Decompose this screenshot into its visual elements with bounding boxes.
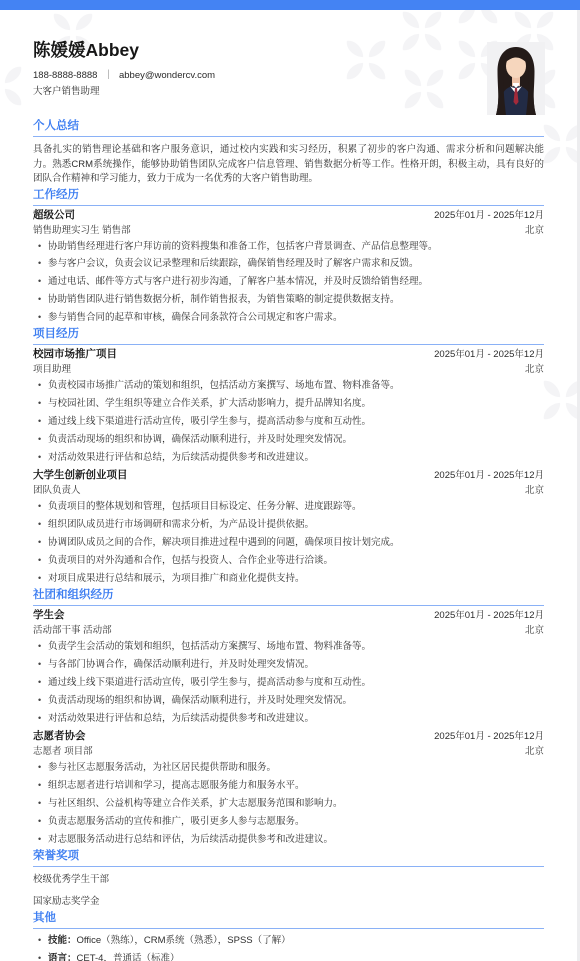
organization-role: 志愿者 项目部 <box>33 745 93 758</box>
section-honors: 荣誉奖项 校级优秀学生干部 国家励志奖学金 <box>33 850 544 910</box>
section-title-projects: 项目经历 <box>33 328 544 345</box>
bullet-item: 对活动效果进行评估和总结，为后续活动提供参考和改进建议。 <box>38 449 544 467</box>
section-projects: 项目经历 校园市场推广项目 2025年01月 - 2025年12月 项目助理 北… <box>33 328 544 587</box>
project-entry: 大学生创新创业项目 2025年01月 - 2025年12月 团队负责人 北京 负… <box>33 469 544 587</box>
organization-role: 活动部干事 活动部 <box>33 624 112 637</box>
skill-item: 技能：Office（熟练），CRM系统（熟悉），SPSS（了解） <box>38 932 544 950</box>
bullet-item: 参与社区志愿服务活动，为社区居民提供帮助和服务。 <box>38 759 544 777</box>
project-role: 项目助理 <box>33 363 71 376</box>
resume-header: 陈媛媛Abbey 188-8888-8888｜abbey@wondercv.co… <box>33 10 544 98</box>
section-organizations: 社团和组织经历 学生会 2025年01月 - 2025年12月 活动部干事 活动… <box>33 589 544 848</box>
date-range: 2025年01月 - 2025年12月 <box>434 730 544 743</box>
location: 北京 <box>525 484 544 497</box>
skill-text: Office（熟练），CRM系统（熟悉），SPSS（了解） <box>77 935 291 946</box>
language-label: 语言： <box>48 953 77 961</box>
bullet-item: 与各部门协调合作，确保活动顺利进行，并及时处理突发情况。 <box>38 656 544 674</box>
bullet-item: 参与销售合同的起草和审核，确保合同条款符合公司规定和客户需求。 <box>38 309 544 327</box>
section-title-organizations: 社团和组织经历 <box>33 589 544 606</box>
organization-name: 志愿者协会 <box>33 730 86 743</box>
section-title-work: 工作经历 <box>33 189 544 206</box>
work-entry: 超级公司 2025年01月 - 2025年12月 销售助理实习生 销售部 北京 … <box>33 209 544 327</box>
bullet-item: 负责志愿服务活动的宣传和推广，吸引更多人参与志愿服务。 <box>38 813 544 831</box>
bullet-item: 通过线上线下渠道进行活动宣传，吸引学生参与，提高活动参与度和互动性。 <box>38 413 544 431</box>
bullet-item: 负责项目的整体规划和管理，包括项目目标设定、任务分解、进度跟踪等。 <box>38 498 544 516</box>
section-title-summary: 个人总结 <box>33 120 544 137</box>
language-item: 语言：CET-4，普通话（标准） <box>38 950 544 961</box>
bullet-item: 负责活动现场的组织和协调，确保活动顺利进行，并及时处理突发情况。 <box>38 431 544 449</box>
bullet-item: 通过线上线下渠道进行活动宣传，吸引学生参与，提高活动参与度和互动性。 <box>38 674 544 692</box>
bullet-list: 参与社区志愿服务活动，为社区居民提供帮助和服务。 组织志愿者进行培训和学习，提高… <box>33 759 544 848</box>
job-title: 大客户销售助理 <box>33 85 544 98</box>
section-work: 工作经历 超级公司 2025年01月 - 2025年12月 销售助理实习生 销售… <box>33 189 544 327</box>
contact-separator: ｜ <box>103 70 113 81</box>
location: 北京 <box>525 745 544 758</box>
location: 北京 <box>525 224 544 237</box>
bullet-item: 组织志愿者进行培训和学习，提高志愿服务能力和服务水平。 <box>38 777 544 795</box>
language-text: CET-4，普通话（标准） <box>77 953 180 961</box>
bullet-list: 负责项目的整体规划和管理，包括项目目标设定、任务分解、进度跟踪等。 组织团队成员… <box>33 498 544 587</box>
bullet-item: 对志愿服务活动进行总结和评估，为后续活动提供参考和改进建议。 <box>38 831 544 849</box>
bullet-item: 负责活动现场的组织和协调，确保活动顺利进行，并及时处理突发情况。 <box>38 692 544 710</box>
bullet-item: 负责校园市场推广活动的策划和组织，包括活动方案撰写、场地布置、物料准备等。 <box>38 377 544 395</box>
bullet-item: 与校园社团、学生组织等建立合作关系，扩大活动影响力，提升品牌知名度。 <box>38 395 544 413</box>
bullet-item: 对项目成果进行总结和展示，为项目推广和商业化提供支持。 <box>38 570 544 588</box>
email-address: abbey@wondercv.com <box>119 70 215 81</box>
date-range: 2025年01月 - 2025年12月 <box>434 609 544 622</box>
bullet-list: 技能：Office（熟练），CRM系统（熟悉），SPSS（了解） 语言：CET-… <box>33 932 544 961</box>
phone-number: 188-8888-8888 <box>33 70 97 81</box>
date-range: 2025年01月 - 2025年12月 <box>434 469 544 482</box>
applicant-name: 陈媛媛Abbey <box>33 39 544 61</box>
bullet-item: 与社区组织、公益机构等建立合作关系，扩大志愿服务范围和影响力。 <box>38 795 544 813</box>
bullet-item: 协助销售经理进行客户拜访前的资料搜集和准备工作，包括客户背景调查、产品信息整理等… <box>38 238 544 256</box>
summary-text: 具备扎实的销售理论基础和客户服务意识，通过校内实践和实习经历，积累了初步的客户沟… <box>33 143 544 187</box>
contact-line: 188-8888-8888｜abbey@wondercv.com <box>33 69 544 82</box>
location: 北京 <box>525 363 544 376</box>
location: 北京 <box>525 624 544 637</box>
company-name: 超级公司 <box>33 209 75 222</box>
bullet-item: 参与客户会议，负责会议记录整理和后续跟踪，确保销售经理及时了解客户需求和反馈。 <box>38 255 544 273</box>
resume-page: 陈媛媛Abbey 188-8888-8888｜abbey@wondercv.co… <box>0 0 580 961</box>
honor-item: 国家励志奖学金 <box>33 894 544 911</box>
organization-entry: 志愿者协会 2025年01月 - 2025年12月 志愿者 项目部 北京 参与社… <box>33 730 544 848</box>
organization-name: 学生会 <box>33 609 65 622</box>
bullet-list: 负责学生会活动的策划和组织，包括活动方案撰写、场地布置、物料准备等。 与各部门协… <box>33 638 544 727</box>
bullet-item: 通过电话、邮件等方式与客户进行初步沟通，了解客户基本情况，并及时反馈给销售经理。 <box>38 273 544 291</box>
date-range: 2025年01月 - 2025年12月 <box>434 209 544 222</box>
bullet-item: 组织团队成员进行市场调研和需求分析，为产品设计提供依据。 <box>38 516 544 534</box>
bullet-list: 协助销售经理进行客户拜访前的资料搜集和准备工作，包括客户背景调查、产品信息整理等… <box>33 238 544 327</box>
position-department: 销售助理实习生 销售部 <box>33 224 131 237</box>
bullet-item: 负责项目的对外沟通和合作，包括与投资人、合作企业等进行洽谈。 <box>38 552 544 570</box>
project-name: 大学生创新创业项目 <box>33 469 128 482</box>
bullet-item: 协助销售团队进行销售数据分析，制作销售报表，为销售策略的制定提供数据支持。 <box>38 291 544 309</box>
project-entry: 校园市场推广项目 2025年01月 - 2025年12月 项目助理 北京 负责校… <box>33 348 544 466</box>
bullet-list: 负责校园市场推广活动的策划和组织，包括活动方案撰写、场地布置、物料准备等。 与校… <box>33 377 544 466</box>
skill-label: 技能： <box>48 935 77 946</box>
section-summary: 个人总结 具备扎实的销售理论基础和客户服务意识，通过校内实践和实习经历，积累了初… <box>33 120 544 187</box>
section-other: 其他 技能：Office（熟练），CRM系统（熟悉），SPSS（了解） 语言：C… <box>33 912 544 961</box>
date-range: 2025年01月 - 2025年12月 <box>434 348 544 361</box>
section-title-honors: 荣誉奖项 <box>33 850 544 867</box>
section-title-other: 其他 <box>33 912 544 929</box>
organization-entry: 学生会 2025年01月 - 2025年12月 活动部干事 活动部 北京 负责学… <box>33 609 544 727</box>
honor-item: 校级优秀学生干部 <box>33 872 544 889</box>
bullet-item: 负责学生会活动的策划和组织，包括活动方案撰写、场地布置、物料准备等。 <box>38 638 544 656</box>
top-accent-bar <box>0 0 580 10</box>
bullet-item: 对活动效果进行评估和总结，为后续活动提供参考和改进建议。 <box>38 710 544 728</box>
project-role: 团队负责人 <box>33 484 81 497</box>
project-name: 校园市场推广项目 <box>33 348 117 361</box>
bullet-item: 协调团队成员之间的合作，解决项目推进过程中遇到的问题，确保项目按计划完成。 <box>38 534 544 552</box>
